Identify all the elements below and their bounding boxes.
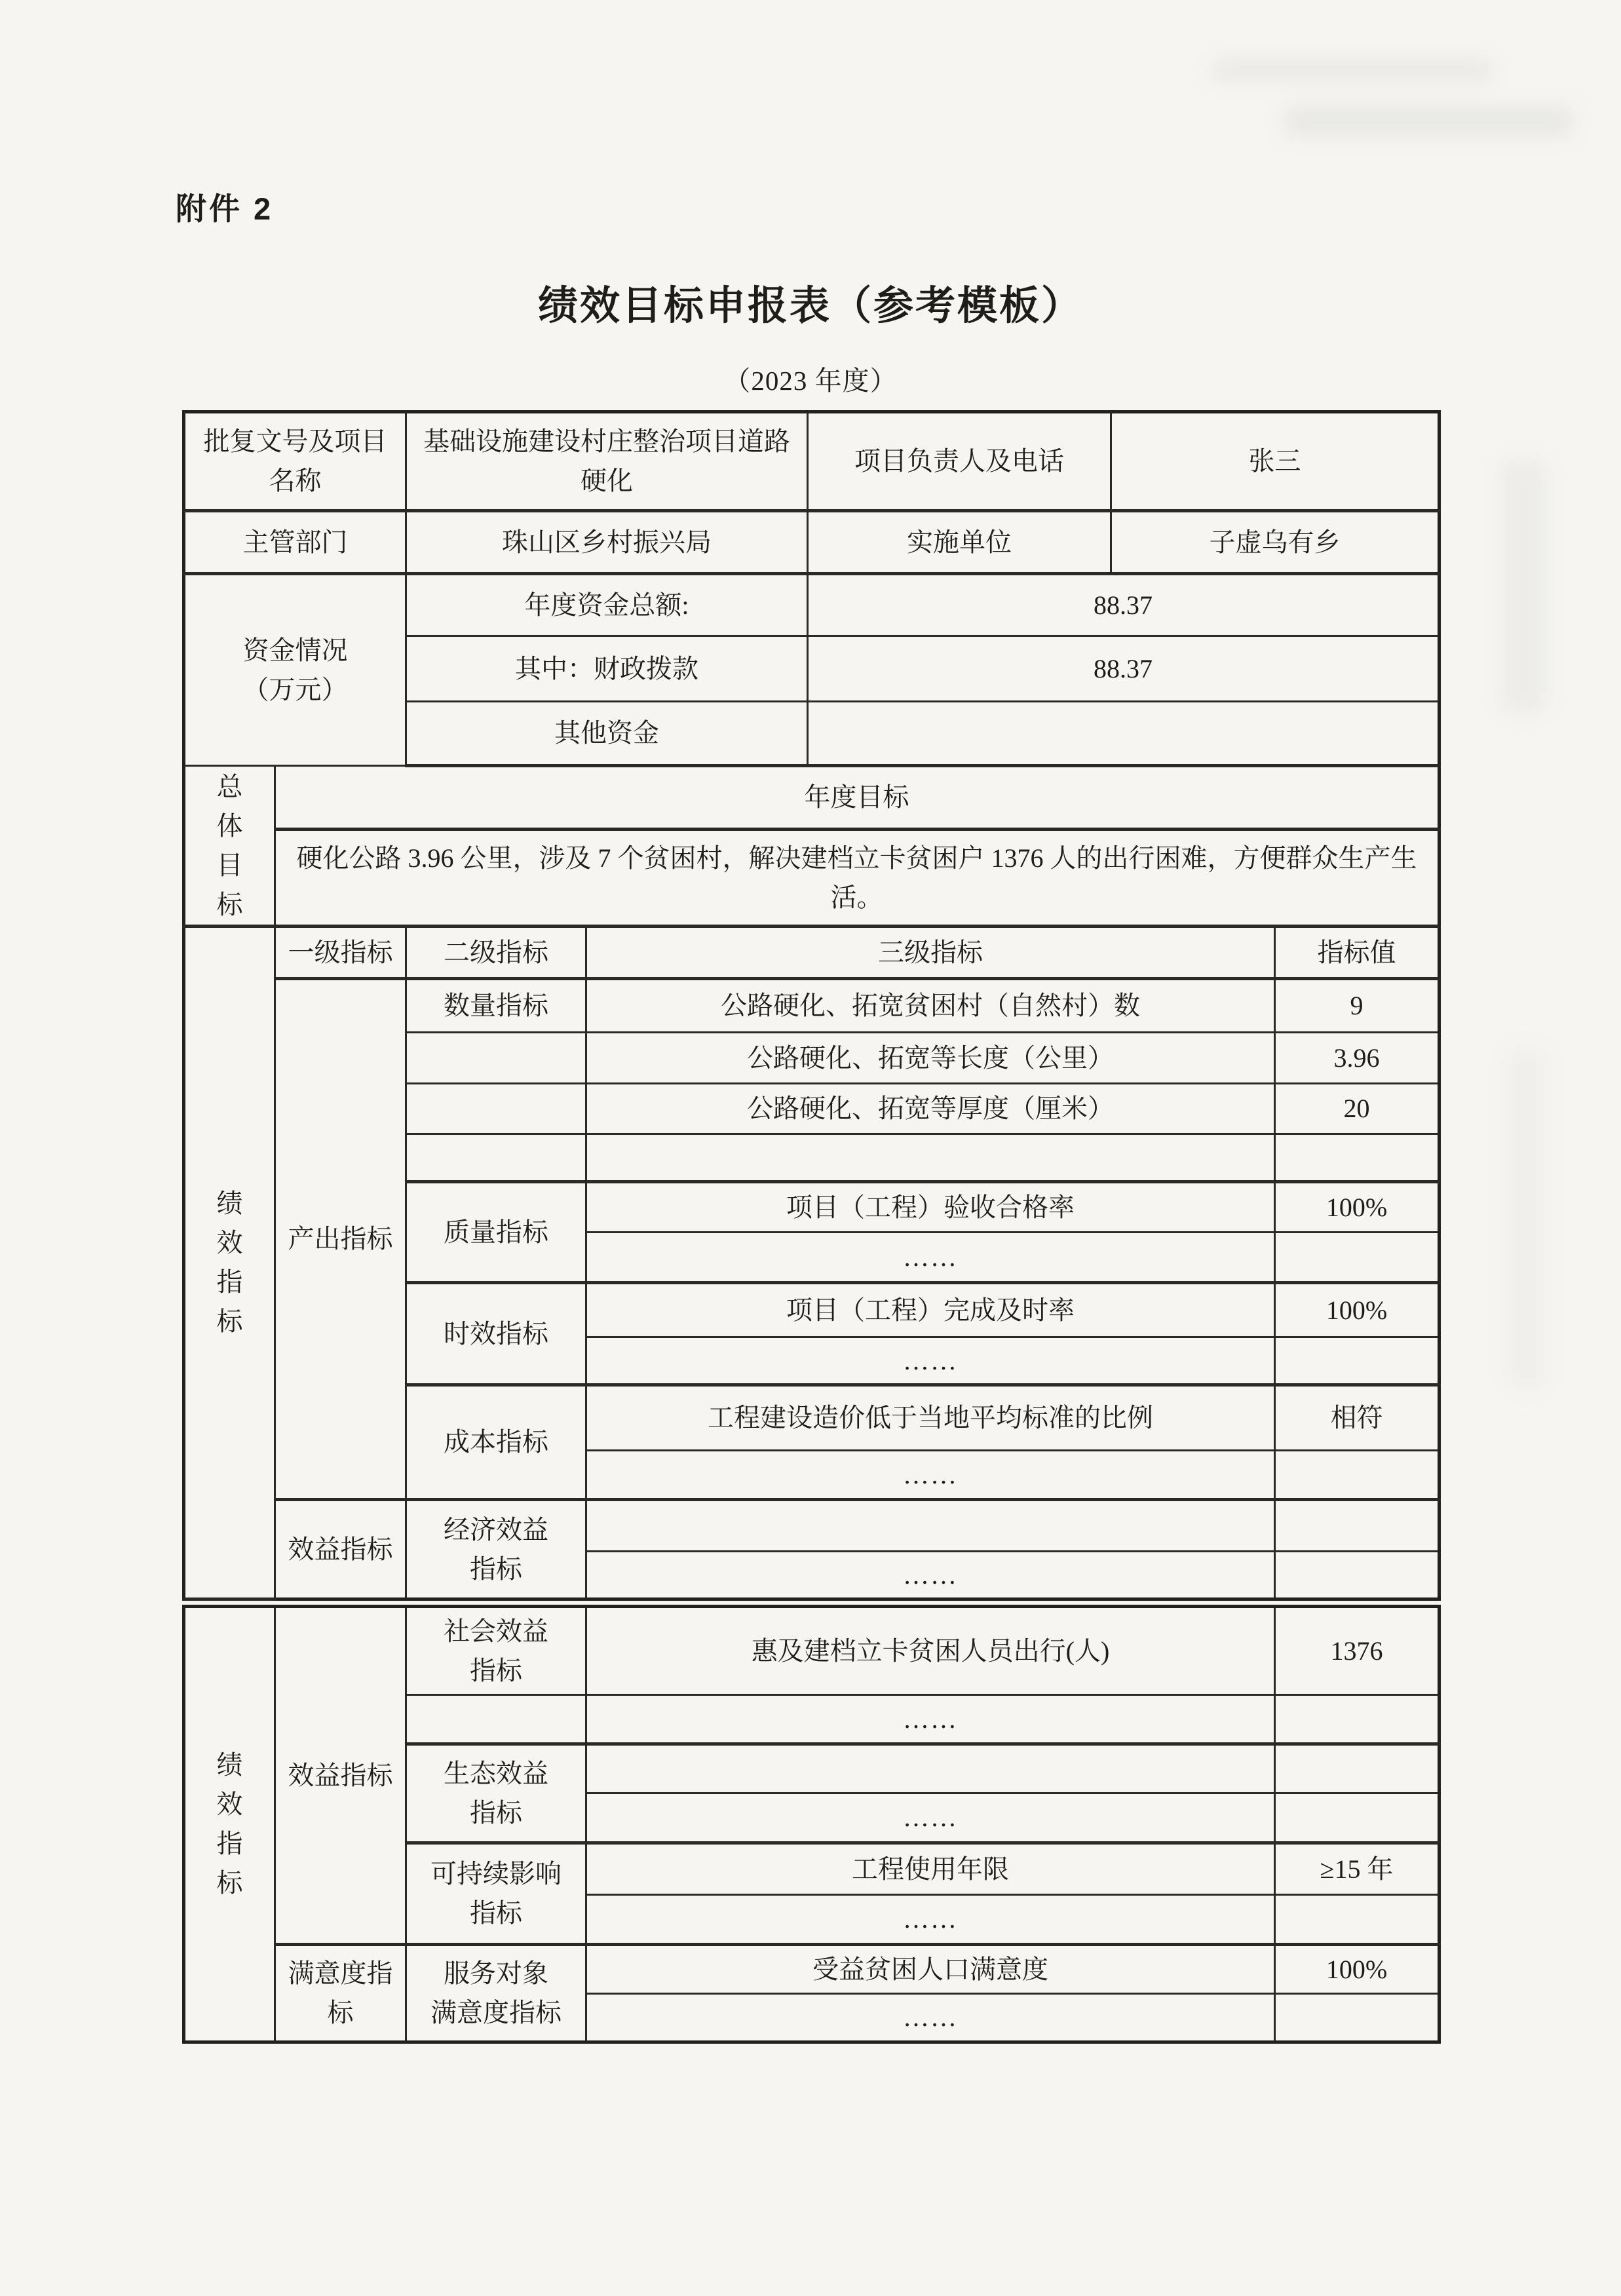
ellipsis-cell: …… (586, 1552, 1275, 1599)
metric-road-thickness: 公路硬化、拓宽等厚度（厘米） (586, 1084, 1275, 1134)
fiscal-allocation-value: 88.37 (808, 636, 1440, 702)
metric-poor-satisfaction: 受益贫困人口满意度 (586, 1945, 1275, 1994)
ellipsis-cell: …… (586, 1895, 1275, 1945)
overall-goal-side-label: 总 体 目 标 (184, 766, 275, 927)
metric-acceptance-rate: 项目（工程）验收合格率 (586, 1182, 1275, 1233)
empty-cell (1275, 1451, 1440, 1500)
document-title: 绩效目标申报表（参考模板） (0, 274, 1621, 331)
empty-cell (1275, 1895, 1440, 1945)
ellipsis-cell: …… (586, 1695, 1275, 1744)
funding-section-label: 资金情况 （万元） (184, 574, 406, 766)
header-level1: 一级指标 (275, 927, 406, 979)
satisfaction-indicator-label: 满意度指 标 (275, 1945, 406, 2042)
header-level2: 二级指标 (406, 927, 586, 979)
scan-artifact (1500, 459, 1546, 714)
ellipsis-cell: …… (586, 1793, 1275, 1843)
declaration-table-lower: 绩 效 指 标 效益指标 社会效益 指标 惠及建档立卡贫困人员出行(人) 137… (182, 1605, 1441, 2044)
output-indicator-label: 产出指标 (275, 979, 406, 1500)
ellipsis-cell: …… (586, 1994, 1275, 2042)
metric-poor-travel: 惠及建档立卡贫困人员出行(人) (586, 1607, 1275, 1695)
annual-total-label: 年度资金总额: (406, 574, 808, 636)
metric-construction-cost: 工程建设造价低于当地平均标准的比例 (586, 1385, 1275, 1451)
approval-number-label: 批复文号及项目 名称 (184, 412, 406, 511)
table-row: 总 体 目 标 年度目标 (184, 766, 1440, 830)
service-object-satisfaction-label: 服务对象 满意度指标 (406, 1945, 586, 2042)
annual-goal-text: 硬化公路 3.96 公里，涉及 7 个贫困村，解决建档立卡贫困户 1376 人的… (275, 830, 1440, 927)
scan-artifact (1507, 1048, 1546, 1389)
quality-indicator-label: 质量指标 (406, 1182, 586, 1283)
attachment-label: 附件 2 (176, 185, 273, 229)
metric-service-life: 工程使用年限 (586, 1843, 1275, 1895)
metric-acceptance-rate-value: 100% (1275, 1182, 1440, 1233)
table-row: 效益指标 经济效益 指标 (184, 1500, 1440, 1552)
metric-road-thickness-value: 20 (1275, 1084, 1440, 1134)
table-row: 绩 效 指 标 效益指标 社会效益 指标 惠及建档立卡贫困人员出行(人) 137… (184, 1607, 1440, 1695)
economic-benefit-label: 经济效益 指标 (406, 1500, 586, 1599)
project-name-value: 基础设施建设村庄整治项目道路 硬化 (406, 412, 808, 511)
metric-construction-cost-value: 相符 (1275, 1385, 1440, 1451)
scanned-document-page: { "colors": {"paper":"#f6f5f2","ink":"#1… (0, 0, 1621, 2296)
table-row: 硬化公路 3.96 公里，涉及 7 个贫困村，解决建档立卡贫困户 1376 人的… (184, 830, 1440, 927)
implementing-unit-value: 子虚乌有乡 (1111, 511, 1440, 574)
table-row: 产出指标 数量指标 公路硬化、拓宽贫困村（自然村）数 9 (184, 979, 1440, 1033)
performance-side-label: 绩 效 指 标 (184, 1607, 275, 2042)
empty-cell (586, 1134, 1275, 1182)
benefit-indicator-label: 效益指标 (275, 1500, 406, 1599)
performance-side-label: 绩 效 指 标 (184, 927, 275, 1599)
table-row: 资金情况 （万元） 年度资金总额: 88.37 (184, 574, 1440, 636)
empty-cell (1275, 1695, 1440, 1744)
empty-cell (1275, 1994, 1440, 2042)
empty-cell (1275, 1744, 1440, 1793)
table-row: 满意度指 标 服务对象 满意度指标 受益贫困人口满意度 100% (184, 1945, 1440, 1994)
benefit-indicator-label: 效益指标 (275, 1607, 406, 1945)
form-table-container: 批复文号及项目 名称 基础设施建设村庄整治项目道路 硬化 项目负责人及电话 张三… (182, 410, 1439, 2044)
other-funds-value (808, 702, 1440, 766)
project-manager-value: 张三 (1111, 412, 1440, 511)
scan-artifact (1284, 106, 1573, 136)
empty-cell (586, 1500, 1275, 1552)
empty-cell (1275, 1337, 1440, 1385)
ellipsis-cell: …… (586, 1451, 1275, 1500)
header-value: 指标值 (1275, 927, 1440, 979)
empty-cell (1275, 1500, 1440, 1552)
empty-cell (1275, 1233, 1440, 1283)
cost-indicator-label: 成本指标 (406, 1385, 586, 1500)
metric-poor-satisfaction-value: 100% (1275, 1945, 1440, 1994)
timeliness-indicator-label: 时效指标 (406, 1283, 586, 1385)
declaration-table-upper: 批复文号及项目 名称 基础设施建设村庄整治项目道路 硬化 项目负责人及电话 张三… (182, 410, 1441, 1601)
metric-service-life-value: ≥15 年 (1275, 1843, 1440, 1895)
metric-village-count-value: 9 (1275, 979, 1440, 1033)
empty-cell (586, 1744, 1275, 1793)
annual-total-value: 88.37 (808, 574, 1440, 636)
ellipsis-cell: …… (586, 1337, 1275, 1385)
empty-cell (1275, 1552, 1440, 1599)
table-row: 绩 效 指 标 一级指标 二级指标 三级指标 指标值 (184, 927, 1440, 979)
metric-completion-rate-value: 100% (1275, 1283, 1440, 1337)
department-value: 珠山区乡村振兴局 (406, 511, 808, 574)
empty-cell (406, 1134, 586, 1182)
metric-completion-rate: 项目（工程）完成及时率 (586, 1283, 1275, 1337)
scan-artifact (1212, 59, 1494, 81)
implementing-unit-label: 实施单位 (808, 511, 1111, 574)
document-subtitle: （2023 年度） (0, 359, 1621, 398)
empty-cell (1275, 1793, 1440, 1843)
header-level3: 三级指标 (586, 927, 1275, 979)
project-manager-label: 项目负责人及电话 (808, 412, 1111, 511)
empty-cell (406, 1084, 586, 1134)
table-row: 主管部门 珠山区乡村振兴局 实施单位 子虚乌有乡 (184, 511, 1440, 574)
metric-village-count: 公路硬化、拓宽贫困村（自然村）数 (586, 979, 1275, 1033)
empty-cell (406, 1695, 586, 1744)
sustainability-indicator-label: 可持续影响 指标 (406, 1843, 586, 1945)
metric-road-length-value: 3.96 (1275, 1033, 1440, 1084)
ecological-benefit-label: 生态效益 指标 (406, 1744, 586, 1843)
quantity-indicator-label: 数量指标 (406, 979, 586, 1033)
social-benefit-label: 社会效益 指标 (406, 1607, 586, 1695)
department-label: 主管部门 (184, 511, 406, 574)
empty-cell (1275, 1134, 1440, 1182)
annual-goal-header: 年度目标 (275, 766, 1440, 830)
ellipsis-cell: …… (586, 1233, 1275, 1283)
table-row: 批复文号及项目 名称 基础设施建设村庄整治项目道路 硬化 项目负责人及电话 张三 (184, 412, 1440, 511)
other-funds-label: 其他资金 (406, 702, 808, 766)
empty-cell (406, 1033, 586, 1084)
metric-poor-travel-value: 1376 (1275, 1607, 1440, 1695)
metric-road-length: 公路硬化、拓宽等长度（公里） (586, 1033, 1275, 1084)
fiscal-allocation-label: 其中：财政拨款 (406, 636, 808, 702)
